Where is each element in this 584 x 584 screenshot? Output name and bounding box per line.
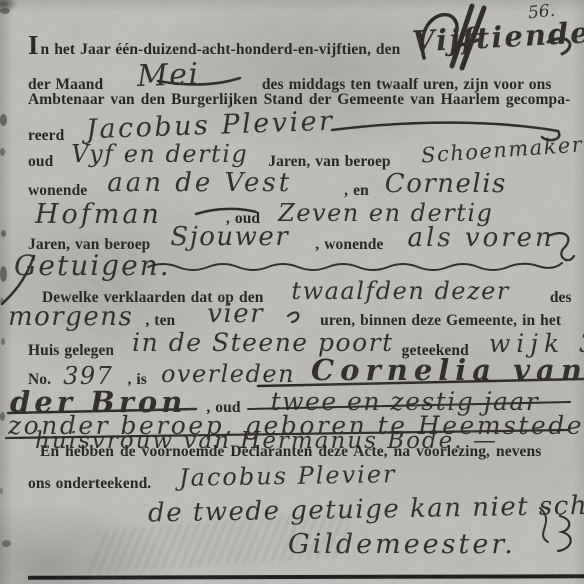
printed-text: reerd [28,127,64,145]
edge-speck [0,488,3,494]
handwritten-entry: morgens [8,302,133,332]
edge-speck [0,114,7,126]
official-signature-line: Gildemeester. [288,529,516,560]
declarant1-address-line: wonende aan de Vest , en Cornelis [28,172,507,202]
handwritten-entry: Vijftiende [411,15,584,58]
edge-speck [0,8,10,14]
handwritten-entry: Schoenmaker [420,132,584,167]
handwritten-entry: de twede getuige kan niet schryven [148,489,584,528]
getuigen-wavy-line [148,263,562,270]
printed-text: En hebben de voornoemde Declaranten deze… [40,443,541,461]
handwritten-entry: Sjouwer [170,222,289,252]
witnesses-line: Getuigen. [14,249,171,282]
printed-text: In het Jaar één-duizend-acht-honderd-en-… [28,30,400,61]
edge-speck [2,540,11,547]
printed-text: wonende [28,182,87,200]
witness-note-line: de twede getuige kan niet schryven [148,494,584,524]
handwritten-entry: twaalfden dezer [291,277,509,305]
edge-speck [0,412,5,421]
handwritten-entry: aan de Vest [107,168,292,198]
edge-speck [0,266,7,282]
handwritten-entry: Cornelis [385,169,507,199]
handwritten-entry: Mei [137,57,201,94]
printed-text: ons onderteekend. [28,475,151,493]
printed-text: , wonende [315,236,383,254]
handwritten-entry: Vyf en dertig [71,140,248,168]
handwritten-entry: als voren [407,223,554,253]
edge-speck [0,298,4,304]
year-and-day-line: In het Jaar één-duizend-acht-honderd-en-… [28,30,400,61]
printed-text: , en [344,182,369,200]
handwritten-entry: overleden [161,360,295,388]
handwritten-entry: Getuigen. [14,249,171,282]
handwritten-entry: vier [207,299,264,329]
closing-line: En hebben de voornoemde Declaranten deze… [40,443,541,461]
deceased-name: Cornelia van [311,353,584,387]
bottom-rule [28,574,584,579]
edge-speck [1,230,6,237]
signature-gildemeester: Gildemeester. [288,529,516,560]
scanned-death-record: 56. In het Jaar één-duizend-acht-honderd… [0,0,584,584]
signature-declarant-line: ons onderteekend. Jacobus Plevier [28,466,397,494]
edge-speck [1,338,5,345]
day-written-entry: Vijftiende [412,20,584,54]
signature-jacobus-plevier: Jacobus Plevier [179,460,397,492]
edge-speck [0,148,5,156]
printed-text: oud [28,153,53,171]
